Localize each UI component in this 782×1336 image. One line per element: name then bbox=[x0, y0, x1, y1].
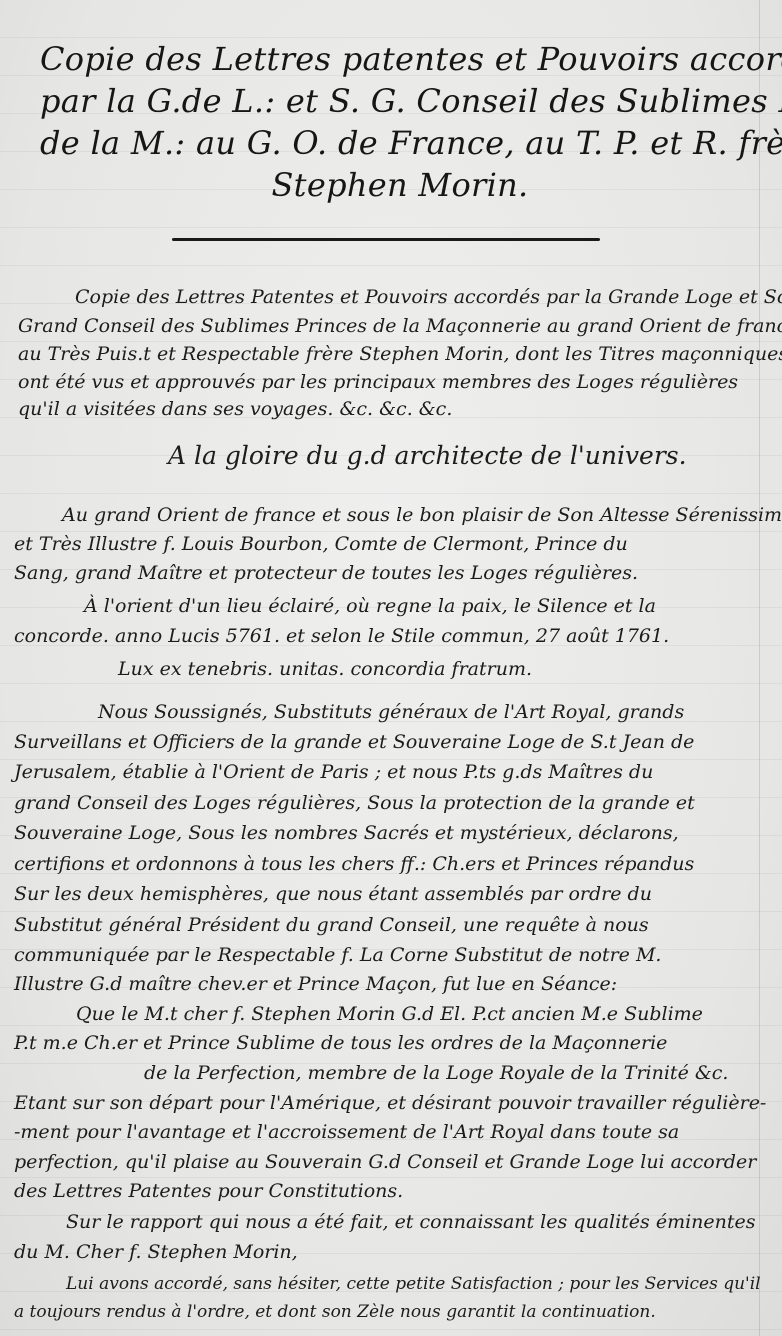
address-line: et Très Illustre f. Louis Bourbon, Comte… bbox=[14, 532, 782, 556]
body-line: Souveraine Loge, Sous les nombres Sacrés… bbox=[14, 821, 782, 845]
invocation-heading: A la gloire du g.d architecte de l'unive… bbox=[168, 444, 782, 468]
intro-line: au Très Puis.t et Respectable frère Step… bbox=[18, 342, 782, 366]
body-line: Illustre G.d maître chev.er et Prince Ma… bbox=[14, 972, 782, 996]
body-line: -ment pour l'avantage et l'accroissement… bbox=[14, 1120, 782, 1144]
date-line: À l'orient d'un lieu éclairé, où regne l… bbox=[84, 594, 782, 618]
body-line: des Lettres Patentes pour Constitutions. bbox=[14, 1179, 782, 1203]
body-line: du M. Cher f. Stephen Morin, bbox=[14, 1240, 782, 1264]
intro-line: Copie des Lettres Patentes et Pouvoirs a… bbox=[75, 285, 782, 309]
intro-line: Grand Conseil des Sublimes Princes de la… bbox=[18, 314, 782, 338]
body-line: P.t m.e Ch.er et Prince Sublime de tous … bbox=[14, 1031, 782, 1055]
body-line: communiquée par le Respectable f. La Cor… bbox=[14, 943, 782, 967]
title-line: Copie des Lettres patentes et Pouvoirs a… bbox=[40, 38, 760, 80]
title-line: par la G.de L.: et S. G. Conseil des Sub… bbox=[40, 80, 760, 122]
body-line: de la Perfection, membre de la Loge Roya… bbox=[144, 1061, 782, 1085]
address-line: Au grand Orient de france et sous le bon… bbox=[62, 503, 782, 527]
body-line: perfection, qu'il plaise au Souverain G.… bbox=[14, 1150, 782, 1174]
motto: Lux ex tenebris. unitas. concordia fratr… bbox=[118, 657, 782, 681]
body-line: Sur les deux hemisphères, que nous étant… bbox=[14, 882, 782, 906]
body-line: Sur le rapport qui nous a été fait, et c… bbox=[66, 1210, 782, 1234]
title-line: Stephen Morin. bbox=[40, 164, 760, 206]
body-line: Surveillans et Officiers de la grande et… bbox=[14, 730, 782, 754]
intro-line: ont été vus et approuvés par les princip… bbox=[18, 370, 782, 394]
body-line: grand Conseil des Loges régulières, Sous… bbox=[14, 791, 782, 815]
intro-line: qu'il a visitées dans ses voyages. &c. &… bbox=[18, 397, 782, 421]
body-line: Lui avons accordé, sans hésiter, cette p… bbox=[66, 1272, 782, 1296]
body-line: certifions et ordonnons à tous les chers… bbox=[14, 852, 782, 876]
body-line: a toujours rendus à l'ordre, et dont son… bbox=[14, 1300, 782, 1324]
body-line: Etant sur son départ pour l'Amérique, et… bbox=[14, 1091, 782, 1115]
title-line: de la M.: au G. O. de France, au T. P. e… bbox=[40, 122, 760, 164]
body-line: Que le M.t cher f. Stephen Morin G.d El.… bbox=[76, 1002, 782, 1026]
title-divider bbox=[172, 238, 600, 241]
date-line: concorde. anno Lucis 5761. et selon le S… bbox=[14, 624, 782, 648]
document-title: Copie des Lettres patentes et Pouvoirs a… bbox=[40, 38, 760, 206]
address-line: Sang, grand Maître et protecteur de tout… bbox=[14, 561, 782, 585]
body-line: Substitut général Président du grand Con… bbox=[14, 913, 782, 937]
manuscript-page: Copie des Lettres patentes et Pouvoirs a… bbox=[0, 0, 782, 1336]
body-line: Jerusalem, établie à l'Orient de Paris ;… bbox=[14, 760, 782, 784]
body-line: Nous Soussignés, Substituts généraux de … bbox=[98, 700, 782, 724]
